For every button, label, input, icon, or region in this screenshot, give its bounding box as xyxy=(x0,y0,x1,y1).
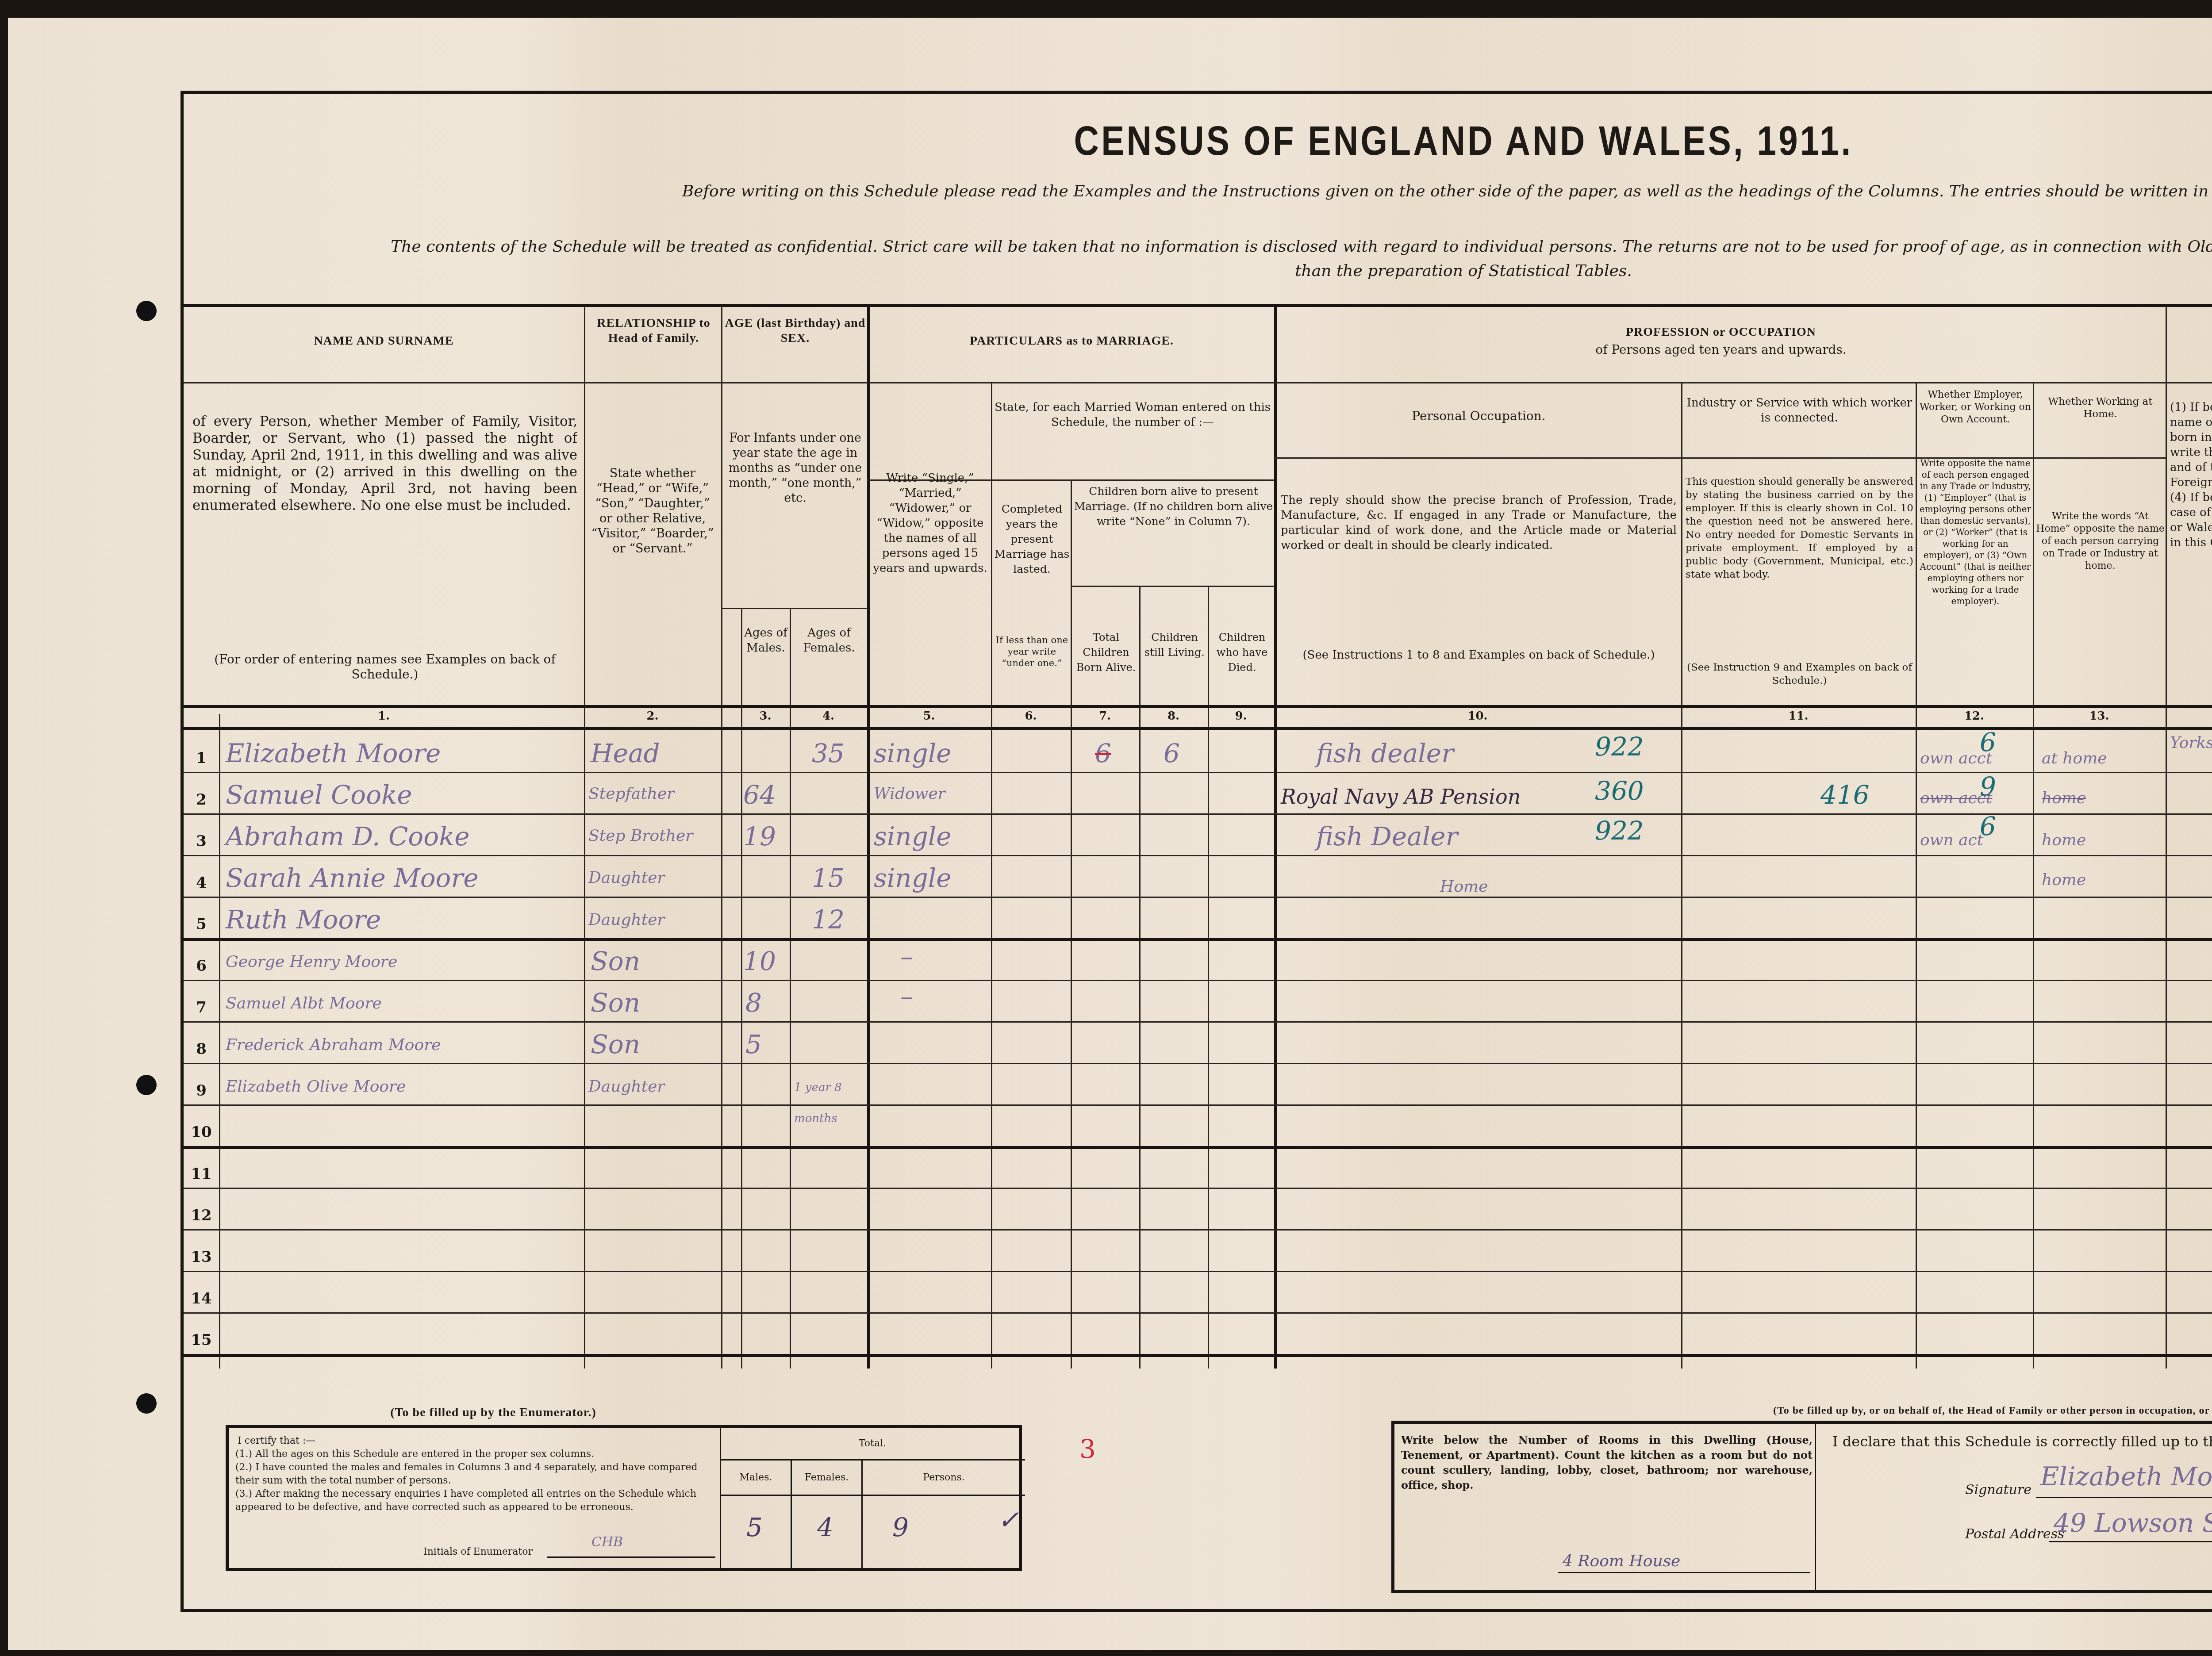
person-name: Elizabeth Moore xyxy=(226,738,441,768)
enumerator-heading: (To be filled up by the Enumerator.) xyxy=(316,1405,670,1420)
marital-status: single xyxy=(874,738,952,768)
employment-status: own act xyxy=(1920,831,1983,849)
col1-note: (For order of entering names see Example… xyxy=(192,652,577,682)
total-males: 5 xyxy=(746,1512,763,1542)
age-female: 1 year 8 months xyxy=(794,1072,860,1134)
row-divider xyxy=(184,772,2212,773)
col8-heading: Children still Living. xyxy=(1141,630,1208,660)
row-divider xyxy=(184,1354,2212,1357)
industry-code: 416 xyxy=(1820,780,1870,810)
marital-status: Widower xyxy=(874,785,945,803)
children-heading: Children born alive to present Marriage.… xyxy=(1073,484,1274,529)
relationship: Daughter xyxy=(588,869,665,887)
employment-code: 6 xyxy=(1980,811,1996,841)
declaration-text: I declare that this Schedule is correctl… xyxy=(1832,1433,2212,1450)
col4-heading: Ages of Females. xyxy=(792,625,866,655)
col12-number: 12. xyxy=(1916,709,2033,723)
age-male: 64 xyxy=(743,780,776,810)
certify-label: I certify that :— xyxy=(238,1434,315,1448)
col12-description: Write opposite the name of each person e… xyxy=(1918,457,2033,607)
check-mark: ✓ xyxy=(998,1505,1019,1535)
age-male: 10 xyxy=(743,946,776,976)
row-divider xyxy=(184,897,2212,898)
col12-heading: Whether Employer, Worker, or Working on … xyxy=(1918,389,2033,426)
instruction-note: Before writing on this Schedule please r… xyxy=(184,182,2212,200)
person-name: George Henry Moore xyxy=(226,953,397,971)
col11-number: 11. xyxy=(1681,709,1916,723)
row-divider xyxy=(184,813,2212,815)
signature-value: Elizabeth Moore xyxy=(2040,1461,2212,1491)
household-table: NAME AND SURNAME RELATIONSHIP to Head of… xyxy=(184,304,2212,1365)
row-number: 11 xyxy=(188,1165,215,1183)
col1-heading: NAME AND SURNAME xyxy=(184,333,584,349)
occupation-code: 922 xyxy=(1595,732,1644,762)
relationship: Son xyxy=(591,988,640,1018)
row-number: 9 xyxy=(188,1082,215,1100)
col2-heading: RELATIONSHIP to Head of Family. xyxy=(586,316,721,346)
person-name: Ruth Moore xyxy=(226,905,381,935)
col14-heading: BIRTHPLACE of every person. xyxy=(2168,325,2212,340)
col10-heading: Personal Occupation. xyxy=(1276,409,1681,424)
total-label: Total. xyxy=(720,1435,1025,1453)
row-divider xyxy=(184,1229,2212,1230)
children-living: 6 xyxy=(1164,738,1180,768)
row-number: 8 xyxy=(188,1040,215,1058)
females-label: Females. xyxy=(792,1469,861,1487)
working-at-home: home xyxy=(2042,789,2086,807)
col14-description: (1) If born in the United Kingdom, write… xyxy=(2170,400,2212,550)
marriage-heading: PARTICULARS as to MARRIAGE. xyxy=(869,333,1274,349)
row-number: 3 xyxy=(188,832,215,850)
age-male: 19 xyxy=(743,821,776,851)
age-male: 8 xyxy=(745,988,762,1018)
row-number: 2 xyxy=(188,791,215,809)
marital-status: – xyxy=(900,981,913,1012)
occupation: fish Dealer xyxy=(1316,821,1458,851)
postal-address-value: 49 Lowson St Darlington xyxy=(2054,1508,2212,1538)
row-divider xyxy=(184,938,2212,941)
row-divider xyxy=(184,1063,2212,1064)
col11-description: This question should generally be answer… xyxy=(1686,475,1913,581)
row-divider xyxy=(184,1021,2212,1023)
col8-number: 8. xyxy=(1139,709,1208,723)
rooms-instruction: Write below the Number of Rooms in this … xyxy=(1401,1433,1813,1493)
relationship: Daughter xyxy=(588,1077,665,1096)
relationship: Daughter xyxy=(588,911,665,929)
row-number: 4 xyxy=(188,874,215,892)
address-label: Postal Address xyxy=(1965,1526,2064,1543)
row-divider xyxy=(184,1146,2212,1149)
persons-label: Persons. xyxy=(863,1469,1025,1487)
person-name: Sarah Annie Moore xyxy=(226,863,479,893)
age-male: 5 xyxy=(745,1029,762,1059)
relationship: Son xyxy=(591,946,640,976)
occupation-code: 360 xyxy=(1595,776,1644,806)
red-mark: 3 xyxy=(1079,1434,1096,1464)
col9-heading: Children who have Died. xyxy=(1210,630,1274,675)
occupier-heading: (To be filled up by, or on behalf of, th… xyxy=(1378,1403,2212,1418)
row-divider xyxy=(184,1104,2212,1106)
row-number: 13 xyxy=(188,1248,215,1266)
age-female: 15 xyxy=(812,863,845,893)
person-name: Samuel Albt Moore xyxy=(226,994,382,1012)
row-divider xyxy=(184,855,2212,856)
col10-note: (See Instructions 1 to 8 and Examples on… xyxy=(1281,648,1677,663)
age-description: For Infants under one year state the age… xyxy=(726,431,865,506)
col5-number: 5. xyxy=(867,709,991,723)
row-number: 15 xyxy=(188,1331,215,1349)
person-name: Abraham D. Cooke xyxy=(226,821,470,851)
row-number: 6 xyxy=(188,957,215,975)
row-divider xyxy=(184,1312,2212,1314)
col3-number: 3. xyxy=(741,709,790,723)
marital-status: single xyxy=(874,863,952,893)
marital-status: single xyxy=(874,821,952,851)
col10-number: 10. xyxy=(1274,709,1681,723)
row-divider xyxy=(184,1271,2212,1272)
males-label: Males. xyxy=(721,1469,791,1487)
row-number: 1 xyxy=(188,749,215,767)
col9-number: 9. xyxy=(1208,709,1274,723)
col1-number: 1. xyxy=(184,709,584,723)
initials-label: Initials of Enumerator xyxy=(423,1543,533,1561)
col11-heading: Industry or Service with which worker is… xyxy=(1683,395,1916,425)
children-born-alive: 6 xyxy=(1095,738,1111,768)
certify-item-1: (1.) All the ages on this Schedule are e… xyxy=(235,1448,718,1461)
relationship: Head xyxy=(591,738,660,768)
row-divider xyxy=(184,1188,2212,1189)
col14-number: 14. xyxy=(2166,709,2212,723)
col11-note: (See Instruction 9 and Examples on back … xyxy=(1686,661,1913,687)
row-number: 7 xyxy=(188,999,215,1016)
col13-number: 13. xyxy=(2033,709,2166,723)
relationship: Stepfather xyxy=(588,785,674,803)
punch-hole xyxy=(136,1075,157,1095)
working-at-home: home xyxy=(2042,871,2086,889)
working-at-home: home xyxy=(2042,831,2086,849)
age-female: 12 xyxy=(812,905,845,935)
enumerator-certificate: I certify that :— (1.) All the ages on t… xyxy=(226,1425,1022,1571)
col4-number: 4. xyxy=(790,709,867,723)
col7-number: 7. xyxy=(1071,709,1139,723)
row-divider xyxy=(184,980,2212,981)
confidential-note-2: than the preparation of Statistical Tabl… xyxy=(184,262,2212,280)
col13-description: Write the words “At Home” opposite the n… xyxy=(2035,510,2166,572)
col6-note: If less than one year write “under one.” xyxy=(993,634,1071,669)
row-number: 10 xyxy=(188,1123,215,1141)
col6-number: 6. xyxy=(991,709,1071,723)
col5-description: Write “Single,” “Married,” “Widower,” or… xyxy=(869,471,991,576)
page-title: CENSUS OF ENGLAND AND WALES, 1911. xyxy=(376,118,2212,165)
age-female: 35 xyxy=(812,738,845,768)
col13-heading: Whether Working at Home. xyxy=(2035,395,2166,420)
occupation-subheading: of Persons aged ten years and upwards. xyxy=(1276,342,2166,357)
occupation: Royal Navy AB Pension xyxy=(1281,785,1521,809)
person-name: Frederick Abraham Moore xyxy=(226,1036,441,1054)
marital-status: – xyxy=(900,942,913,972)
confidential-note: The contents of the Schedule will be tre… xyxy=(184,238,2212,256)
age-heading: AGE (last Birthday) and SEX. xyxy=(723,316,867,346)
certify-item-3: (3.) After making the necessary enquirie… xyxy=(235,1487,718,1514)
col2-number: 2. xyxy=(584,709,721,723)
col10-description: The reply should show the precise branch… xyxy=(1281,493,1677,553)
person-name: Elizabeth Olive Moore xyxy=(226,1077,406,1096)
col2-description: State whether “Head,” or “Wife,” “Son,” … xyxy=(588,466,717,556)
row-number: 14 xyxy=(188,1290,215,1307)
occupation: Home xyxy=(1440,878,1488,896)
birth-county: Yorkshire xyxy=(2170,734,2212,752)
col7-heading: Total Children Born Alive. xyxy=(1073,630,1139,675)
total-persons: 9 xyxy=(892,1512,909,1542)
employment-code: 6 xyxy=(1980,727,1996,757)
working-at-home: at home xyxy=(2042,749,2107,767)
certify-item-2: (2.) I have counted the males and female… xyxy=(235,1461,718,1487)
row-number: 5 xyxy=(188,916,215,933)
punch-hole xyxy=(136,301,157,321)
row-number: 12 xyxy=(188,1207,215,1224)
married-woman-heading: State, for each Married Woman entered on… xyxy=(993,400,1272,430)
relationship: Step Brother xyxy=(588,827,693,845)
census-schedule-page: CENSUS OF ENGLAND AND WALES, 1911. Befor… xyxy=(8,18,2212,1650)
total-females: 4 xyxy=(817,1512,833,1542)
enumerator-initials: CHB xyxy=(591,1534,623,1550)
relationship: Son xyxy=(591,1029,640,1059)
employment-code: 9 xyxy=(1980,771,1996,801)
col6-description: Completed years the present Marriage has… xyxy=(993,502,1071,577)
occupation: fish dealer xyxy=(1316,738,1454,768)
signature-label: Signature xyxy=(1965,1481,2032,1499)
occupation-heading: PROFESSION or OCCUPATION xyxy=(1276,325,2166,340)
occupier-declaration: Write below the Number of Rooms in this … xyxy=(1391,1421,2212,1593)
col3-heading: Ages of Males. xyxy=(742,625,790,655)
occupation-code: 922 xyxy=(1595,816,1644,846)
rooms-value: 4 Room House xyxy=(1563,1552,1680,1570)
col1-description: of every Person, whether Member of Famil… xyxy=(192,413,577,514)
person-name: Samuel Cooke xyxy=(226,780,412,810)
punch-hole xyxy=(136,1393,157,1414)
schedule-frame: CENSUS OF ENGLAND AND WALES, 1911. Befor… xyxy=(180,91,2212,1612)
